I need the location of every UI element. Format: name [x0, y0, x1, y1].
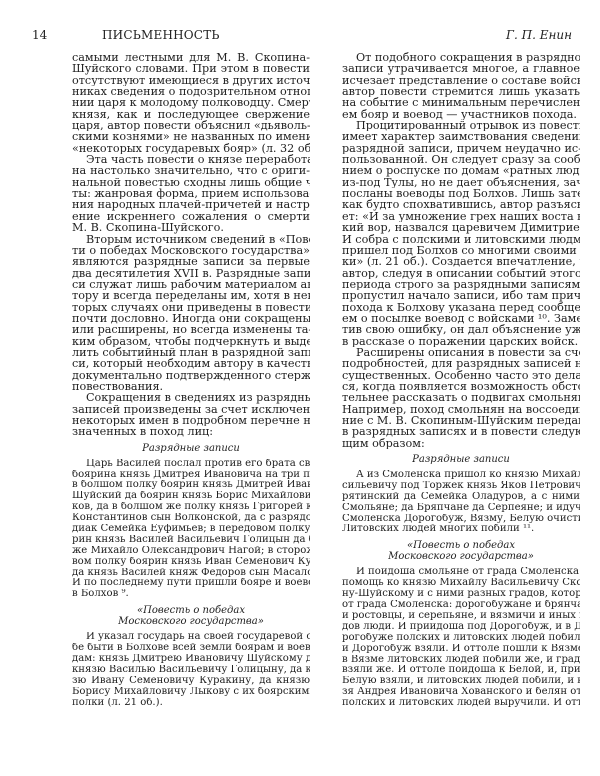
text-line: повествования.	[72, 381, 310, 392]
running-title: ПИСЬМЕННОСТЬ	[102, 28, 220, 42]
quote-caption: Разрядные записи	[342, 454, 580, 465]
text-line: Константинов сын Волконской, да с разряд…	[72, 513, 310, 524]
left-column: самыми лестными для М. В. Скопина-Шуйско…	[72, 52, 310, 709]
text-line: рин князь Василей Васильевич Голицын да …	[72, 535, 310, 546]
text-line: пришел под Болхов со многими своими пол-	[342, 245, 580, 256]
text-line: пользованной. Он следует сразу за сообще…	[342, 154, 580, 165]
text-line: Эта часть повести о князе переработа-	[72, 154, 310, 165]
quote-caption: Московского государства»	[342, 551, 580, 562]
quote-caption: Московского государства»	[72, 616, 310, 627]
text-line: боярина князь Дмитрея Ивановича на три п…	[72, 470, 310, 481]
text-line: И по последнему пути пришли бояре и воев…	[72, 578, 310, 589]
text-line: похода к Болхову указана перед сообщени-	[342, 302, 580, 313]
page-number: 14	[32, 28, 47, 42]
text-line: ем о посылке воевод с войсками ¹⁰. Заме-	[342, 313, 580, 324]
text-line: дам: князь Дмитрею Ивановичу Шуйскому да	[72, 654, 310, 665]
right-column: От подобного сокращения в разряднойзапис…	[342, 52, 580, 709]
text-line: ну-Шуйскому и с ними разных градов, кото…	[342, 589, 580, 600]
text-line: сильевичу под Торжек князь Яков Петрович…	[342, 481, 580, 492]
text-line: полских и литовских людей выручили. И от…	[342, 698, 580, 709]
text-line: скими кознями» не названных по имени	[72, 131, 310, 142]
paragraph: Эта часть повести о князе переработа-на …	[72, 154, 310, 233]
text-line: посланы воеводы под Болхов. Лишь затем,	[342, 188, 580, 199]
text-line: ение искреннего сожаления о смерти	[72, 211, 310, 222]
text-line: пропустил начало записи, ибо там причина	[342, 290, 580, 301]
text-line: автор повести стремится лишь указать	[342, 86, 580, 97]
text-line: ние с М. В. Скопиным-Шуйским передан	[342, 415, 580, 426]
text-line: Сокращения в сведениях из разрядных	[72, 392, 310, 403]
text-line: как будто спохватившись, автор разъясня-	[342, 199, 580, 210]
text-line: рогобуже полских и литовских людей побил…	[342, 633, 580, 644]
text-line: ся, когда появляется возможность обстоя-	[342, 381, 580, 392]
text-line: ков, да в болшом же полку князь Григорей…	[72, 502, 310, 513]
quote-caption: «Повесть о победах	[72, 605, 310, 616]
text-line: ти о победах Московского государства»	[72, 245, 310, 256]
text-line: ки» (л. 21 об.). Создается впечатление, …	[342, 256, 580, 267]
text-line: А из Смоленска пришол ко князю Михайлу В…	[342, 470, 580, 481]
paragraph: От подобного сокращения в разряднойзапис…	[342, 52, 580, 120]
text-line: в болшом полку боярин князь Дмитрей Иван…	[72, 480, 310, 491]
text-line: записи утрачивается многое, а главное	[342, 63, 580, 74]
paragraph: Процитированный отрывок из повестиимеет …	[342, 120, 580, 347]
text-line: тив свою ошибку, он дал объяснение уже	[342, 324, 580, 335]
text-line: Литовских людей многих побили ¹¹.	[342, 524, 580, 535]
text-line: автор, следуя в описании событий этого	[342, 268, 580, 279]
text-line: «некоторых государевых бояр» (л. 32 об).	[72, 143, 310, 154]
text-line: Смоленска Дорогобуж, Вязму, Белую очисти…	[342, 514, 580, 525]
text-line: И собра с полскими и литовскими людми	[342, 234, 580, 245]
text-line: да князь Василей княж Федоров сын Масалс…	[72, 568, 310, 579]
text-line: нальной повестью сходны лишь общие чер-	[72, 177, 310, 188]
text-line: Белую взяли, и литовских людей побили, и…	[342, 676, 580, 687]
text-line: и ростовцы, и серепьяне, и вязмичи и ины…	[342, 611, 580, 622]
text-line: являются разрядные записи за первые	[72, 256, 310, 267]
text-line: помощь ко князю Михайлу Васильевичу Скоп…	[342, 578, 580, 589]
block-quote: Царь Василей послал против его брата сво…	[72, 459, 310, 601]
text-line: разрядной записи, причем неудачно ис-	[342, 143, 580, 154]
quote-caption: «Повесть о победах	[342, 540, 580, 551]
text-line: князя, как и последующее свержение	[72, 109, 310, 120]
text-line: зю Ивану Семеновичу Куракину, да князю	[72, 676, 310, 687]
text-line: ты: жанровая форма, прием использова-	[72, 188, 310, 199]
text-line: ет: «И за умножение грех наших воста не-	[342, 211, 580, 222]
text-line: Шуйского словами. При этом в повести	[72, 63, 310, 74]
text-line: М. В. Скопина-Шуйского.	[72, 222, 310, 233]
text-line: некоторых имен в подробном перечне на-	[72, 415, 310, 426]
text-line: Расширены описания в повести за счет	[342, 347, 580, 358]
text-line: и Дорогобуж взяли. И оттоле пошли к Вязм…	[342, 644, 580, 655]
text-line: И поидоша смольяне от града Смоленска на	[342, 567, 580, 578]
text-line: ем бояр и воевод — участников похода.	[342, 109, 580, 120]
text-line: диак Семейка Еуфимьев; в передовом полку…	[72, 524, 310, 535]
text-line: князю Василью Васильевичу Голицыну, да к…	[72, 665, 310, 676]
paragraph: Сокращения в сведениях из разрядныхзапис…	[72, 392, 310, 437]
text-line: из-под Тулы, но не дает объяснения, заче…	[342, 177, 580, 188]
text-line: в Вязме литовских людей побили же, и гра…	[342, 655, 580, 666]
block-quote: И указал государь на своей государевой с…	[72, 632, 310, 708]
text-line: подробностей, для разрядных записей не	[342, 358, 580, 369]
text-line: отсутствуют имеющиеся в других источ-	[72, 75, 310, 86]
text-line: взяли же. И оттоле поидоша к Белой, и, п…	[342, 665, 580, 676]
paragraph: Вторым источником сведений в «Повес-ти о…	[72, 234, 310, 393]
text-line: два десятилетия XVII в. Разрядные запи-	[72, 268, 310, 279]
text-line: бе быти в Болхове всей земли боярам и во…	[72, 643, 310, 654]
text-line: От подобного сокращения в разрядной	[342, 52, 580, 63]
text-line: рятинский да Семейка Оладуров, а с ними	[342, 492, 580, 503]
text-line: торых случаях они приведены в повести	[72, 302, 310, 313]
text-line: на событие с минимальным перечислени-	[342, 97, 580, 108]
author-name: Г. П. Енин	[506, 28, 572, 42]
paragraph: Расширены описания в повести за счетподр…	[342, 347, 580, 449]
text-line: вом полку боярин князь Иван Семенович Ку…	[72, 557, 310, 568]
text-line: ния народных плачей-причетей и настро-	[72, 199, 310, 210]
text-line: исчезает представление о составе войска,	[342, 75, 580, 86]
text-line: имеет характер заимствования сведений из	[342, 131, 580, 142]
text-line: нии царя к молодому полководцу. Смерть	[72, 97, 310, 108]
text-line: кий вор, назвался царевичем Димитрием.	[342, 222, 580, 233]
text-line: существенных. Особенно часто это делает-	[342, 370, 580, 381]
text-line: Например, поход смольнян на воссоедине-	[342, 404, 580, 415]
running-header: 14 ПИСЬМЕННОСТЬ Г. П. Енин	[32, 28, 572, 44]
paragraph: самыми лестными для М. В. Скопина-Шуйско…	[72, 52, 310, 154]
text-line: в разрядных записях и в повести следую-	[342, 426, 580, 437]
text-line: почти дословно. Иногда они сокращены	[72, 313, 310, 324]
text-line: периода строго за разрядными записями,	[342, 279, 580, 290]
text-line: тору и всегда переделаны им, хотя в неко…	[72, 290, 310, 301]
block-quote: А из Смоленска пришол ко князю Михайлу В…	[342, 470, 580, 535]
text-line: си служат лишь рабочим материалом ав-	[72, 279, 310, 290]
text-line: в Болхов ⁹.	[72, 589, 310, 600]
text-line: ким образом, чтобы подчеркнуть и выде-	[72, 336, 310, 347]
text-line: полки (л. 21 об.).	[72, 698, 310, 709]
text-line: значенных в поход лиц:	[72, 426, 310, 437]
text-line: же Михайло Олександрович Нагой; в сторож…	[72, 546, 310, 557]
text-line: Царь Василей послал против его брата сво…	[72, 459, 310, 470]
block-quote: И поидоша смольяне от града Смоленска на…	[342, 567, 580, 709]
text-line: нием о роспуске по домам «ратных людей»	[342, 165, 580, 176]
text-line: зя Андрея Ивановича Хованского и белян о…	[342, 687, 580, 698]
text-line: записей произведены за счет исключения	[72, 404, 310, 415]
text-line: Борису Михайловичу Лыкову с их боярскими	[72, 687, 310, 698]
text-line: щим образом:	[342, 438, 580, 449]
text-line: дов люди. И приидоша под Дорогобуж, и в …	[342, 622, 580, 633]
text-line: или расширены, но всегда изменены та-	[72, 324, 310, 335]
text-line: самыми лестными для М. В. Скопина-	[72, 52, 310, 63]
text-line: от града Смоленска: дорогобужане и брянч…	[342, 600, 580, 611]
text-line: Смольяне; да Бряпчане да Серпеяне; и иду…	[342, 503, 580, 514]
text-line: никах сведения о подозрительном отноше-	[72, 86, 310, 97]
text-line: документально подтвержденного стержня	[72, 370, 310, 381]
text-line: И указал государь на своей государевой с…	[72, 632, 310, 643]
text-line: в рассказе о поражении царских войск.	[342, 336, 580, 347]
text-line: на настолько значительно, что с ориги-	[72, 165, 310, 176]
text-line: царя, автор повести объяснил «дьяволь-	[72, 120, 310, 131]
quote-caption: Разрядные записи	[72, 443, 310, 454]
text-line: тельнее рассказать о подвигах смольнян.	[342, 392, 580, 403]
text-line: Вторым источником сведений в «Повес-	[72, 234, 310, 245]
text-line: си, который необходим автору в качестве	[72, 358, 310, 369]
text-line: Шуйский да боярин князь Борис Михайлович…	[72, 491, 310, 502]
text-line: лить событийный план в разрядной запи-	[72, 347, 310, 358]
text-line: Процитированный отрывок из повести	[342, 120, 580, 131]
